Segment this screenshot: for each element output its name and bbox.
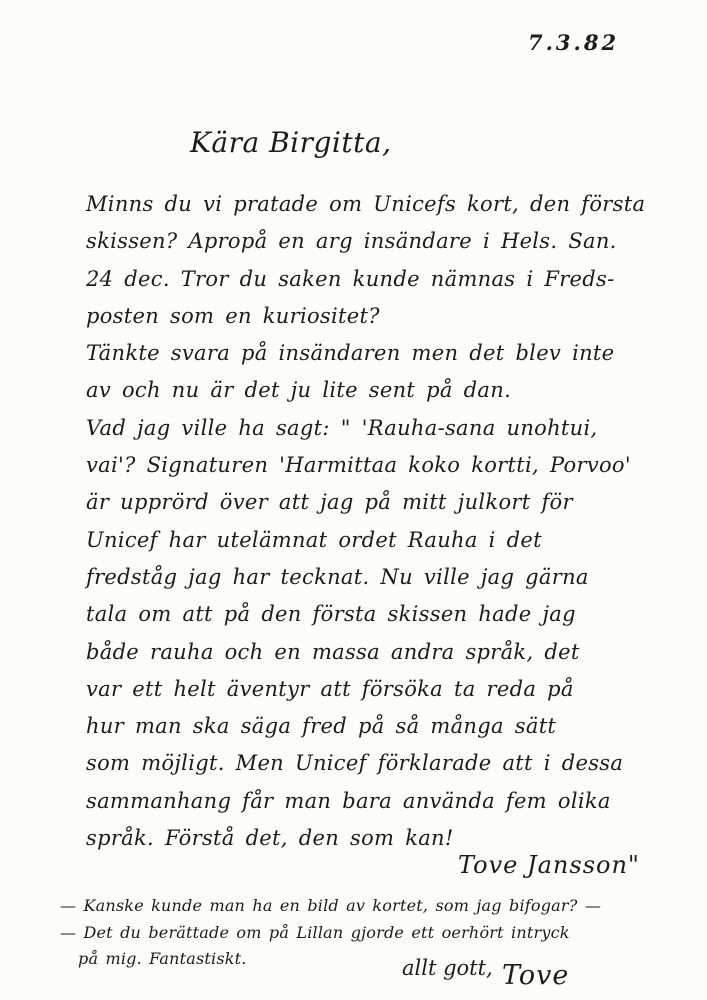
body-line: är upprörd över att jag på mitt julkort … [86,484,676,521]
body-line: var ett helt äventyr att försöka ta reda… [86,671,676,708]
body-line: som möjligt. Men Unicef förklarade att i… [86,745,676,782]
letter-date: 7.3.82 [528,30,619,55]
body-line: Minns du vi pratade om Unicefs kort, den… [86,186,676,223]
postscript-line: — Kanske kunde man ha en bild av kortet,… [60,893,680,920]
closing-phrase: allt gott, [402,956,493,980]
body-line: Tänkte svara på insändaren men det blev … [86,335,676,372]
postscript-line: — Det du berättade om på Lillan gjorde e… [60,920,680,947]
salutation: Kära Birgitta, [190,126,391,159]
body-line: posten som en kuriositet? [86,298,676,335]
body-line: skissen? Apropå en arg insändare i Hels.… [86,223,676,260]
body-line: sammanhang får man bara använda fem olik… [86,783,676,820]
signature: Tove Jansson" [458,851,640,879]
letter-page: 7.3.82 Kära Birgitta, Minns du vi pratad… [0,0,707,1000]
body-line: fredståg jag har tecknat. Nu ville jag g… [86,559,676,596]
body-line: tala om att på den första skissen hade j… [86,596,676,633]
body-line: Unicef har utelämnat ordet Rauha i det [86,522,676,559]
body-line: av och nu är det ju lite sent på dan. [86,372,676,409]
closing-name: Tove [502,960,569,991]
body-line: 24 dec. Tror du saken kunde nämnas i Fre… [86,261,676,298]
body-line: vai'? Signaturen 'Harmittaa koko kortti,… [86,447,676,484]
letter-body: Minns du vi pratade om Unicefs kort, den… [86,186,676,857]
postscript-line: på mig. Fantastiskt. [60,946,680,973]
postscript: — Kanske kunde man ha en bild av kortet,… [60,893,680,973]
body-line: Vad jag ville ha sagt: " 'Rauha-sana uno… [86,410,676,447]
body-line: både rauha och en massa andra språk, det [86,634,676,671]
body-line: hur man ska säga fred på så många sätt [86,708,676,745]
